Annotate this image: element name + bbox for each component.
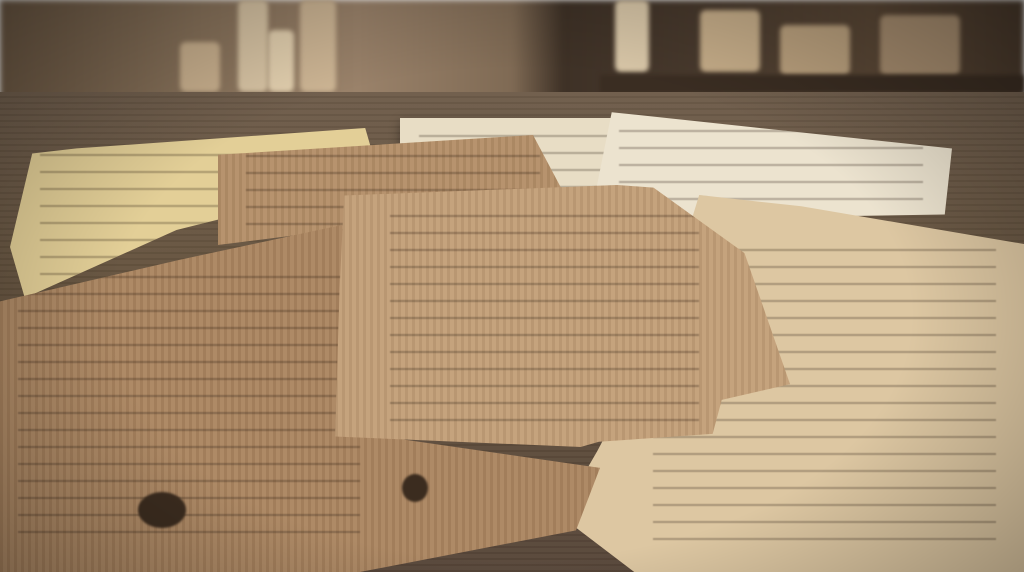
papyrus-hole (402, 474, 428, 502)
background-scroll (180, 42, 220, 92)
background-scroll (780, 25, 850, 75)
background-scroll (615, 0, 649, 72)
background-scroll (268, 30, 294, 92)
background-scroll (880, 15, 960, 75)
papyrus-photo (0, 0, 1024, 572)
background-scroll (238, 0, 268, 92)
background-scroll (700, 10, 760, 72)
background-scroll (300, 0, 336, 92)
papyrus-hole (138, 492, 186, 528)
shelf (600, 75, 1024, 93)
